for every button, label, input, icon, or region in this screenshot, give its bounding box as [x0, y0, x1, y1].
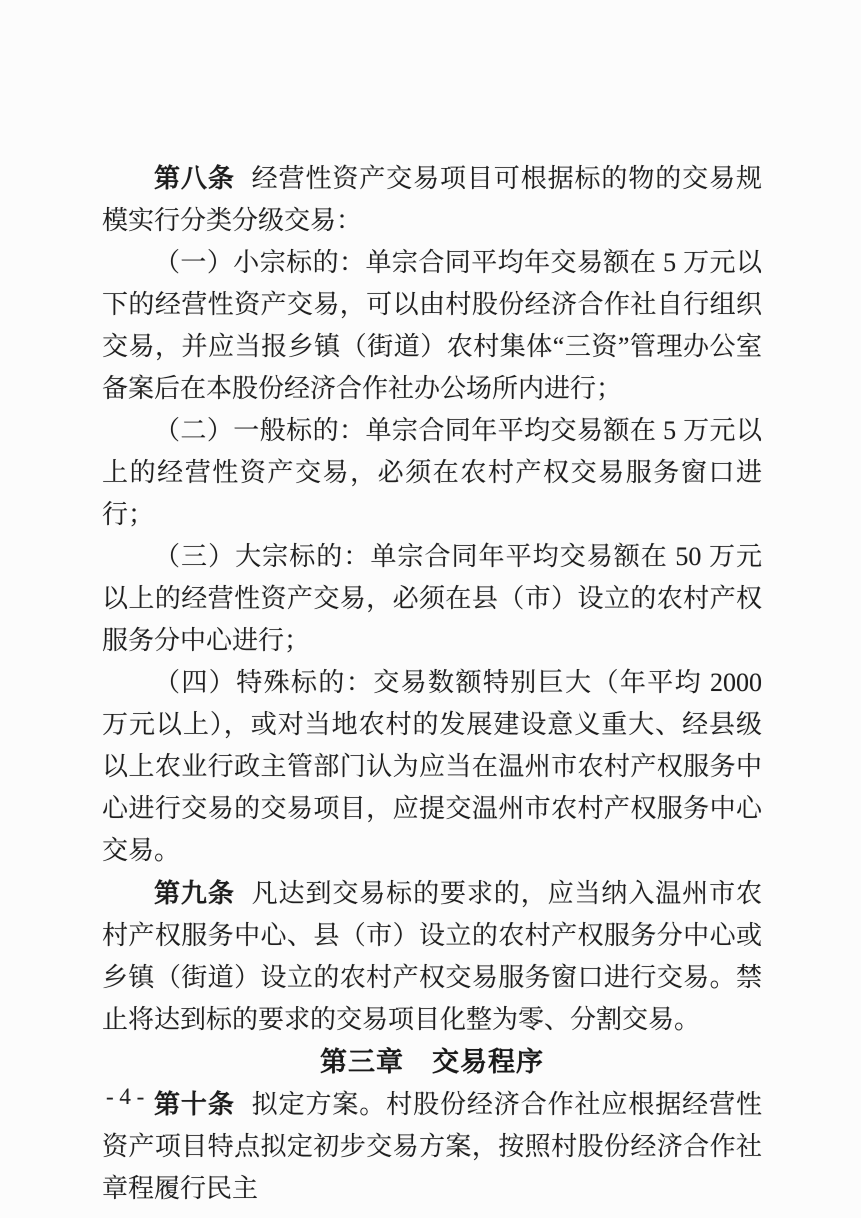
- item-3-text: （三）大宗标的：单宗合同年平均交易额在 50 万元以上的经营性资产交易，必须在县…: [102, 542, 762, 655]
- paragraph-article-8: 第八条经营性资产交易项目可根据标的物的交易规模实行分类分级交易：: [102, 157, 762, 242]
- paragraph-item-1: （一）小宗标的：单宗合同平均年交易额在 5 万元以下的经营性资产交易，可以由村股…: [102, 242, 762, 410]
- item-2-text: （二）一般标的：单宗合同年平均交易额在 5 万元以上的经营性资产交易，必须在农村…: [102, 416, 762, 529]
- page-number: - 4 -: [106, 1083, 144, 1111]
- paragraph-article-10: 第十条拟定方案。村股份经济合作社应根据经营性资产项目特点拟定初步交易方案，按照村…: [102, 1083, 762, 1210]
- article-10-number: 第十条: [154, 1089, 235, 1119]
- item-4-text: （四）特殊标的：交易数额特别巨大（年平均 2000 万元以上），或对当地农村的发…: [102, 668, 762, 865]
- paragraph-item-3: （三）大宗标的：单宗合同年平均交易额在 50 万元以上的经营性资产交易，必须在县…: [102, 536, 762, 662]
- document-body: 第八条经营性资产交易项目可根据标的物的交易规模实行分类分级交易： （一）小宗标的…: [102, 157, 762, 1210]
- article-9-number: 第九条: [154, 878, 235, 908]
- paragraph-article-9: 第九条凡达到交易标的要求的，应当纳入温州市农村产权服务中心、县（市）设立的农村产…: [102, 872, 762, 1041]
- paragraph-item-4: （四）特殊标的：交易数额特别巨大（年平均 2000 万元以上），或对当地农村的发…: [102, 662, 762, 872]
- document-page: 第八条经营性资产交易项目可根据标的物的交易规模实行分类分级交易： （一）小宗标的…: [0, 0, 861, 1218]
- paragraph-item-2: （二）一般标的：单宗合同年平均交易额在 5 万元以上的经营性资产交易，必须在农村…: [102, 410, 762, 536]
- article-8-number: 第八条: [154, 163, 235, 193]
- chapter-heading: 第三章 交易程序: [102, 1041, 762, 1083]
- item-1-text: （一）小宗标的：单宗合同平均年交易额在 5 万元以下的经营性资产交易，可以由村股…: [102, 248, 762, 403]
